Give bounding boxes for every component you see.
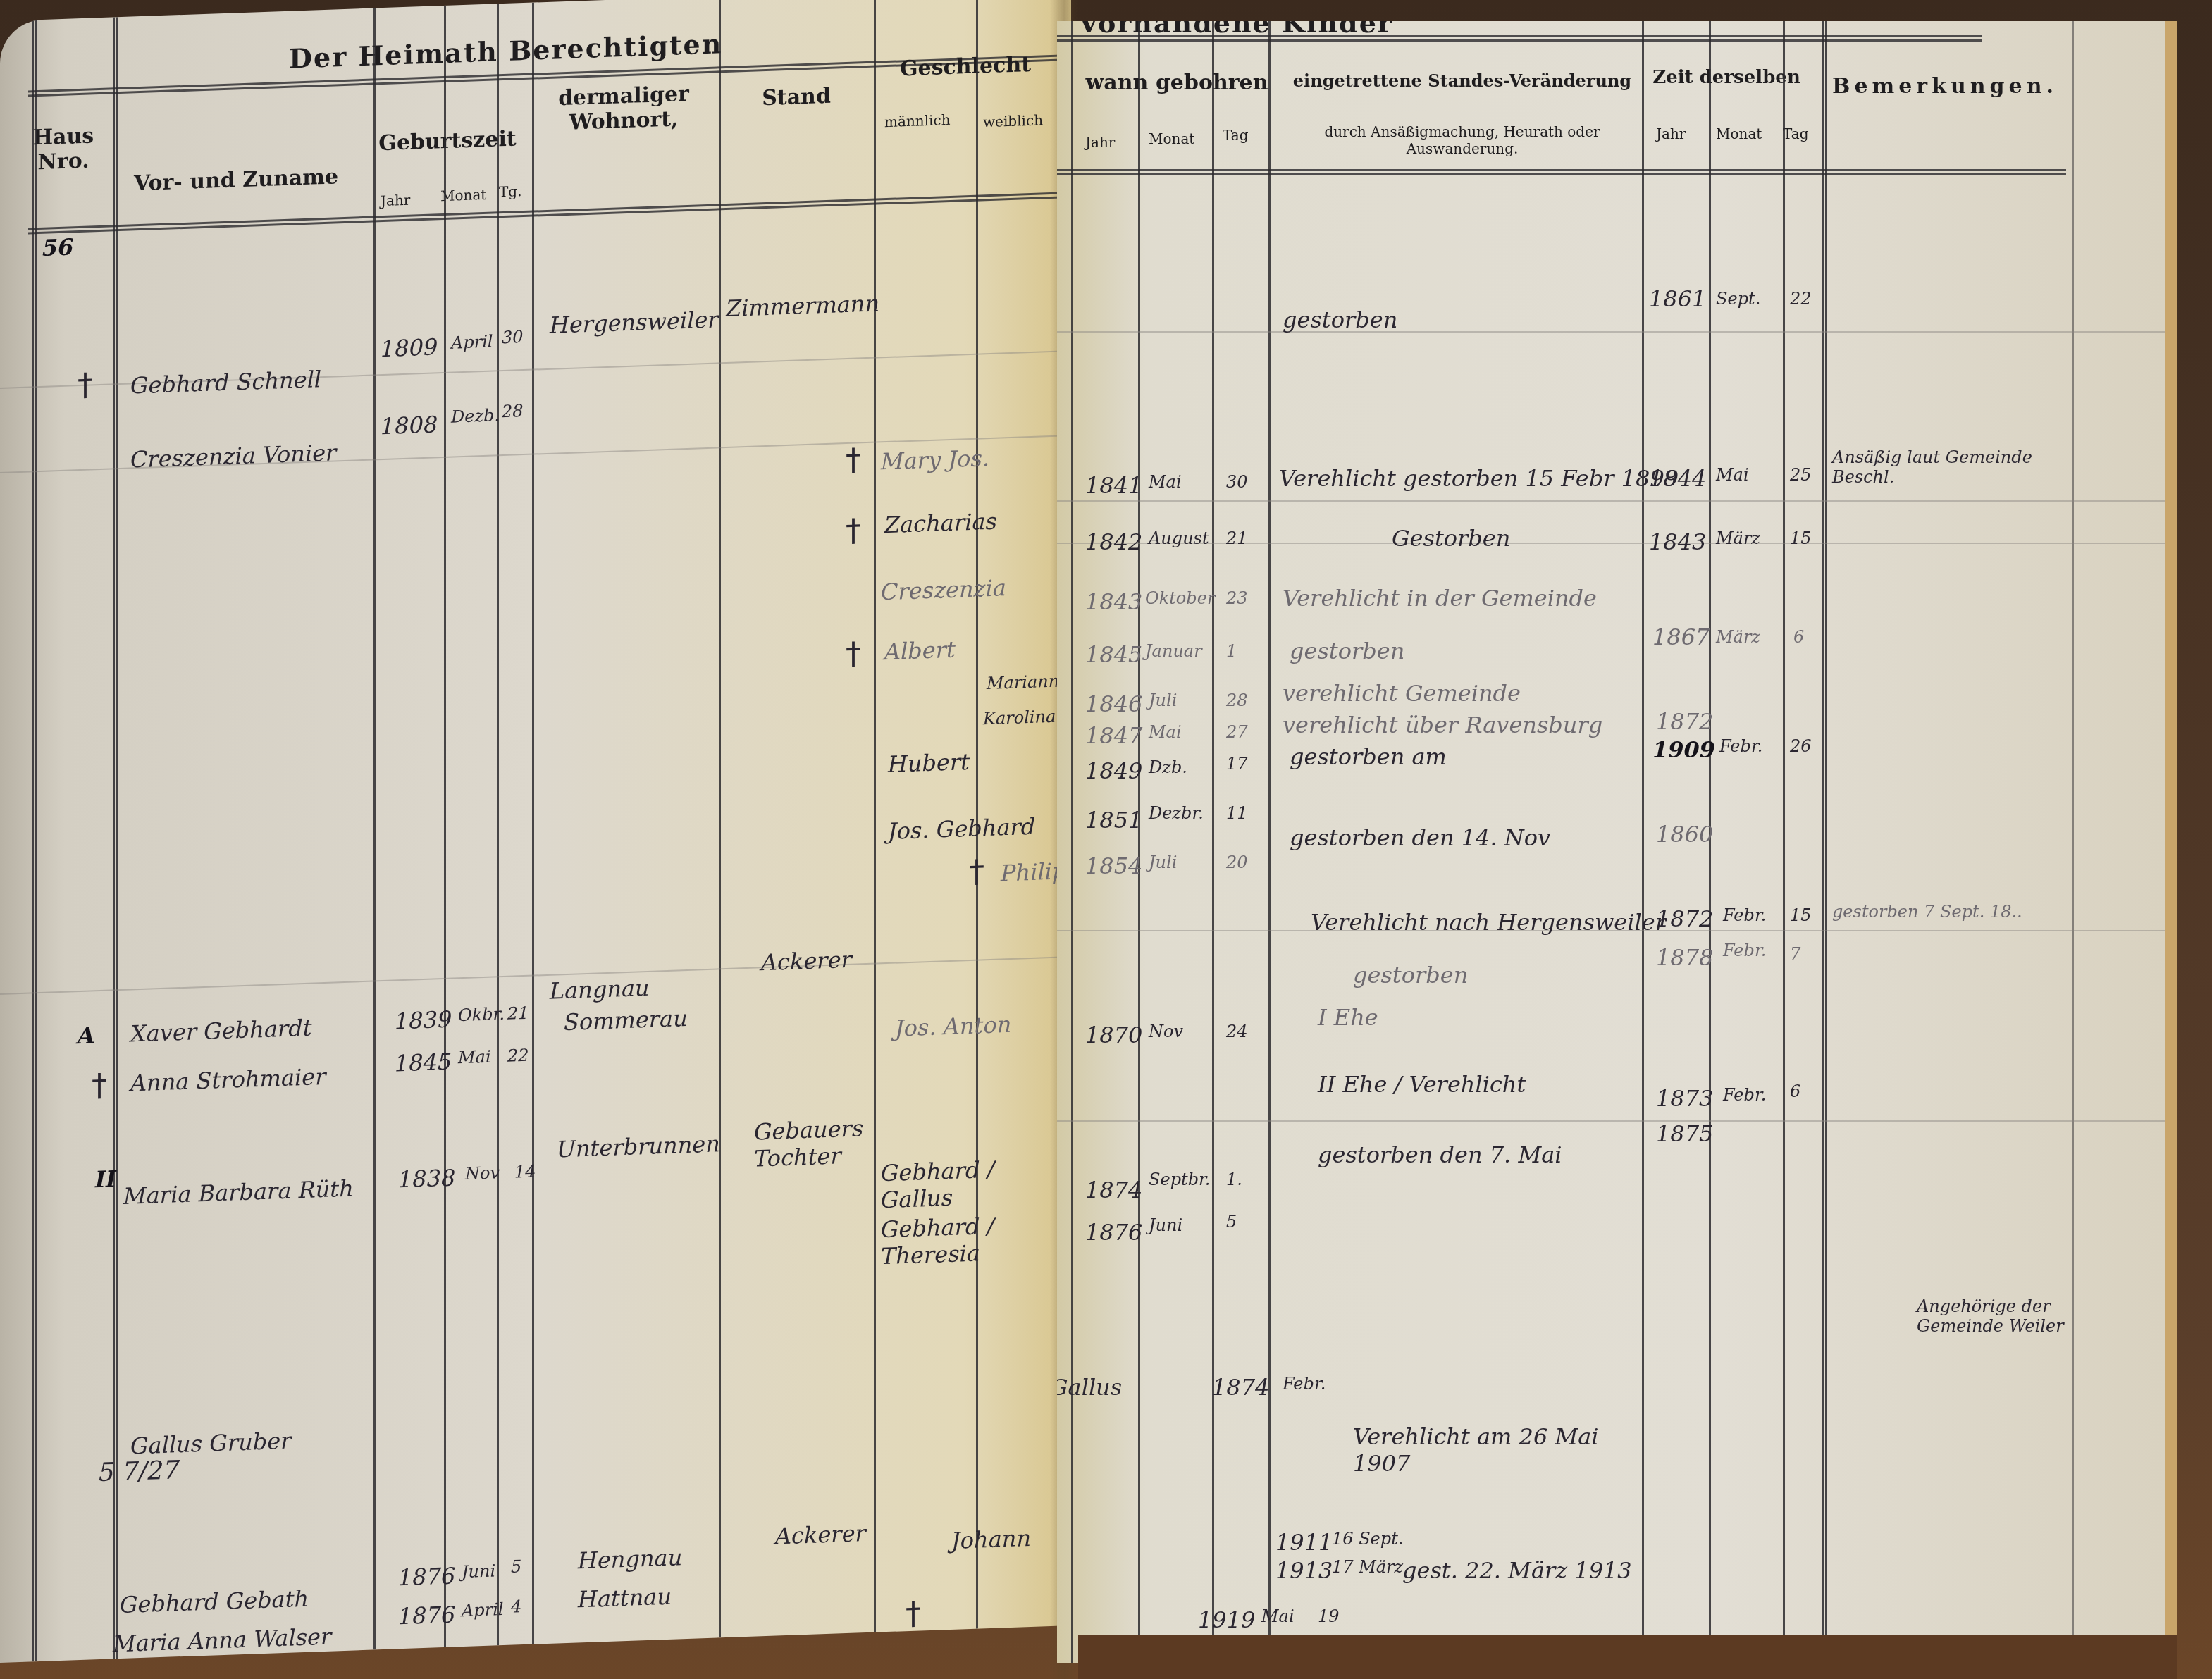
child-year: 1854 bbox=[1085, 853, 1142, 879]
change-day: 6 bbox=[1793, 627, 1804, 647]
parent-day: 28 bbox=[502, 401, 524, 421]
parent-month: Mai bbox=[458, 1047, 491, 1068]
child-name: Karolina bbox=[983, 707, 1056, 729]
marriage-mark: II bbox=[95, 1165, 116, 1193]
col-geschlecht: Geschlecht bbox=[881, 51, 1050, 82]
change-year: 1875 bbox=[1656, 1120, 1713, 1147]
change-year: 1844 bbox=[1649, 465, 1706, 492]
house-number-mark: 56 bbox=[42, 233, 74, 261]
col-zeit-jahr: Jahr bbox=[1656, 125, 1686, 142]
child-day: 20 bbox=[1226, 853, 1248, 872]
parent-year: 1876 bbox=[398, 1562, 455, 1591]
change-month: Mai bbox=[1716, 465, 1749, 485]
child-year: 1876 bbox=[1085, 1219, 1142, 1246]
child-year: 1919 bbox=[1198, 1606, 1255, 1633]
parent-year: 1838 bbox=[398, 1164, 455, 1193]
child-name: Creszenzia bbox=[881, 574, 1006, 605]
child-month: August bbox=[1149, 528, 1209, 548]
child-day: 21 bbox=[1226, 528, 1248, 548]
change-day: 25 bbox=[1790, 465, 1812, 485]
header-rule-top bbox=[1057, 35, 1982, 42]
death-cross-mark: † bbox=[846, 512, 861, 549]
parent-name: Maria Anna Walser bbox=[113, 1623, 331, 1658]
child-year: 1851 bbox=[1085, 807, 1142, 834]
rule-after-zeit-monat bbox=[1783, 21, 1785, 1663]
parent-name: Gallus Gruber bbox=[130, 1427, 292, 1460]
rule-right-start bbox=[1071, 21, 1073, 1663]
parent-stand: Gebauers Tochter bbox=[754, 1115, 874, 1172]
status-change: gestorben am bbox=[1290, 743, 1447, 770]
child-day: 24 bbox=[1226, 1022, 1248, 1041]
remark: Ansäßig laut Gemeinde Beschl. bbox=[1832, 447, 2058, 487]
rule-after-stand bbox=[874, 0, 876, 1632]
col-geboren: wann gebohren bbox=[1078, 70, 1275, 95]
child-month: 16 Sept. bbox=[1332, 1529, 1403, 1549]
death-cross-mark: † bbox=[78, 366, 93, 403]
status-change: Gestorben bbox=[1392, 525, 1510, 552]
child-name: Mary Jos. bbox=[881, 445, 989, 475]
status-change: Verehlicht am 26 Mai 1907 bbox=[1353, 1423, 1635, 1477]
col-geboren-tag: Tag bbox=[1223, 127, 1249, 144]
change-day: 15 bbox=[1790, 905, 1812, 925]
change-year: 1873 bbox=[1656, 1085, 1713, 1112]
child-month: Juli bbox=[1149, 853, 1177, 872]
header-rule-bottom bbox=[28, 192, 1071, 235]
child-year: 1841 bbox=[1085, 472, 1142, 499]
row-line bbox=[0, 956, 1071, 995]
child-month: Mai bbox=[1149, 722, 1182, 742]
child-year: 1849 bbox=[1085, 757, 1142, 784]
row-line bbox=[1057, 331, 2165, 333]
col-veraenderung-sub: durch Ansäßigmachung, Heurath oder Auswa… bbox=[1297, 123, 1628, 157]
col-geburt-jahr: Jahr bbox=[381, 192, 410, 209]
parent-name: Gebhard Schnell bbox=[130, 366, 321, 399]
parent-stand: Ackerer bbox=[761, 946, 852, 977]
change-month: März bbox=[1716, 528, 1760, 548]
child-day: 5 bbox=[1226, 1212, 1237, 1232]
row-line bbox=[1057, 1120, 2165, 1122]
rule-after-tag bbox=[532, 3, 534, 1644]
parent-wohnort: Hergensweiler bbox=[550, 306, 719, 338]
child-day: 17 bbox=[1226, 754, 1248, 774]
change-year: 1860 bbox=[1656, 821, 1713, 848]
remark: gestorben 7 Sept. 18.. bbox=[1832, 902, 2022, 922]
rule-after-veraenderung bbox=[1642, 21, 1644, 1663]
parent-wohnort: Unterbrunnen bbox=[557, 1130, 720, 1163]
change-year: 1909 bbox=[1652, 736, 1715, 763]
change-month: März bbox=[1716, 627, 1760, 647]
rule-after-monat bbox=[497, 4, 499, 1645]
parent-name: Gebhard Gebath bbox=[120, 1585, 309, 1618]
parent-name: Creszenzia Vonier bbox=[130, 439, 336, 473]
col-zeit-tag: Tag bbox=[1783, 125, 1809, 142]
parent-year: 1809 bbox=[381, 333, 438, 362]
change-day: 22 bbox=[1790, 289, 1812, 309]
child-month: Oktober bbox=[1145, 588, 1215, 608]
col-geboren-monat: Monat bbox=[1149, 130, 1194, 147]
child-name: Hubert bbox=[888, 748, 970, 778]
status-change: I Ehe bbox=[1318, 1004, 1378, 1031]
change-month: Febr. bbox=[1719, 736, 1762, 756]
change-month: Febr. bbox=[1723, 905, 1766, 925]
child-name: Jos. Anton bbox=[895, 1011, 1011, 1042]
change-year: 1872 bbox=[1656, 708, 1713, 735]
child-day: 1. bbox=[1226, 1170, 1242, 1189]
parent-day: 30 bbox=[502, 327, 524, 347]
child-day: 19 bbox=[1318, 1606, 1340, 1626]
child-year: 1846 bbox=[1085, 690, 1142, 717]
parent-month: Dezb. bbox=[451, 405, 500, 426]
rule-after-haus bbox=[113, 17, 118, 1659]
col-maennlich: männlich bbox=[884, 111, 951, 130]
child-name: Johann bbox=[951, 1524, 1057, 1554]
section-title-heimath: Der Heimath Berechtigten bbox=[289, 27, 722, 74]
col-zeit-monat: Monat bbox=[1716, 125, 1762, 142]
remark: Angehörige der Gemeinde Weiler bbox=[1917, 1296, 2072, 1336]
parent-month: Okbr. bbox=[458, 1004, 505, 1025]
rule-after-jahr bbox=[1138, 21, 1140, 1663]
status-change: verehlicht Gemeinde bbox=[1283, 680, 1521, 707]
change-month: Sept. bbox=[1716, 289, 1760, 309]
death-cross-mark: † bbox=[92, 1067, 107, 1104]
child-month: Dzb. bbox=[1149, 757, 1187, 777]
parent-day: 4 bbox=[511, 1597, 521, 1617]
parent-month: Juni bbox=[462, 1561, 495, 1582]
right-page: Vorhandene Kinder wann gebohren Jahr Mon… bbox=[1057, 21, 2177, 1663]
parent-year: 1839 bbox=[395, 1006, 452, 1035]
rule-after-monat bbox=[1212, 21, 1214, 1663]
status-change: Verehlicht gestorben 15 Febr 1899 bbox=[1279, 465, 1679, 492]
col-weiblich: weiblich bbox=[983, 111, 1043, 130]
parent-month: April bbox=[462, 1599, 504, 1621]
parent-name: Maria Barbara Rüth bbox=[123, 1175, 363, 1210]
child-name: Zacharias bbox=[884, 508, 997, 539]
row-line bbox=[1057, 543, 2165, 544]
status-change: gestorben den 7. Mai bbox=[1318, 1141, 1562, 1168]
death-cross-mark: † bbox=[846, 442, 861, 478]
child-month: Januar bbox=[1145, 641, 1202, 661]
child-month: Febr. bbox=[1283, 1374, 1326, 1394]
child-month: 17 März bbox=[1332, 1557, 1403, 1577]
child-year: 1911 bbox=[1275, 1529, 1333, 1556]
parent-day: 5 bbox=[511, 1556, 521, 1577]
parent-wohnort: Hengnau bbox=[578, 1544, 682, 1574]
child-name: Gebhard / Gallus bbox=[881, 1154, 1050, 1213]
status-change: gestorben bbox=[1353, 962, 1468, 989]
parent-month: April bbox=[451, 332, 493, 353]
marriage-mark: A bbox=[78, 1022, 95, 1049]
child-name: Gallus bbox=[1057, 1374, 1122, 1401]
change-day: 6 bbox=[1790, 1082, 1800, 1101]
child-day: 30 bbox=[1226, 472, 1248, 492]
change-month: Febr. bbox=[1723, 941, 1766, 960]
status-change: II Ehe / Verehlicht bbox=[1318, 1071, 1526, 1098]
col-geburt-tag: Tg. bbox=[499, 182, 522, 200]
parent-month: Nov bbox=[465, 1163, 500, 1184]
status-change: gestorben bbox=[1283, 306, 1397, 333]
col-name: Vor- und Zuname bbox=[120, 164, 352, 197]
col-geburtszeit: Geburtszeit bbox=[366, 126, 529, 156]
child-year: 1874 bbox=[1085, 1177, 1142, 1203]
parent-day: 21 bbox=[507, 1003, 529, 1024]
row-line bbox=[1057, 500, 2165, 502]
death-cross-mark: † bbox=[969, 853, 984, 890]
rule-after-jahr bbox=[444, 6, 446, 1647]
rule-after-name bbox=[373, 8, 376, 1649]
child-month: Juni bbox=[1149, 1215, 1182, 1235]
rule-before-bemerkungen bbox=[1822, 21, 1827, 1663]
child-year: 1913 bbox=[1275, 1557, 1333, 1584]
child-year: 1842 bbox=[1085, 528, 1142, 555]
child-year: 1874 bbox=[1212, 1374, 1269, 1401]
col-wohnort: dermaliger Wohnort, bbox=[543, 81, 705, 136]
change-year: 1872 bbox=[1656, 905, 1713, 932]
child-day: 23 bbox=[1226, 588, 1248, 608]
rule-after-tag bbox=[1268, 21, 1271, 1663]
child-month: Mai bbox=[1261, 1606, 1295, 1626]
child-month: Septbr. bbox=[1149, 1170, 1210, 1189]
change-day: 26 bbox=[1790, 736, 1812, 756]
col-bemerkungen: Bemerkungen. bbox=[1825, 74, 2065, 99]
child-day: 1 bbox=[1226, 641, 1237, 661]
col-veraenderung: eingetrettene Standes-Veränderung bbox=[1290, 70, 1635, 91]
parent-day: 22 bbox=[507, 1046, 529, 1066]
death-cross-mark: † bbox=[846, 636, 861, 672]
change-month: Febr. bbox=[1723, 1085, 1766, 1105]
parent-stand: Zimmermann bbox=[726, 290, 879, 322]
change-year: 1878 bbox=[1656, 944, 1713, 971]
status-change: gest. 22. März 1913 bbox=[1402, 1557, 1632, 1584]
child-month: Juli bbox=[1149, 690, 1177, 710]
death-cross-mark: † bbox=[906, 1595, 921, 1632]
left-page: Der Heimath Berechtigten Haus Nro. Vor- … bbox=[0, 0, 1071, 1663]
status-change: Verehlicht in der Gemeinde bbox=[1283, 585, 1597, 612]
child-name: Jos. Gebhard bbox=[888, 813, 1035, 845]
status-change: gestorben bbox=[1290, 638, 1404, 664]
parent-name: Anna Strohmaier bbox=[130, 1063, 326, 1097]
header-rule-bottom bbox=[1057, 169, 2066, 175]
child-month: Dezbr. bbox=[1149, 803, 1204, 823]
status-change: gestorben den 14. Nov bbox=[1290, 824, 1550, 851]
child-name: Gebhard / Theresia bbox=[881, 1210, 1050, 1270]
child-year: 1845 bbox=[1085, 641, 1142, 668]
child-day: 27 bbox=[1226, 722, 1248, 742]
child-year: 1847 bbox=[1085, 722, 1142, 749]
col-geboren-jahr: Jahr bbox=[1085, 134, 1115, 151]
child-name: Albert bbox=[884, 636, 956, 666]
parent-wohnort: Sommerau bbox=[564, 1005, 688, 1036]
status-change: Verehlicht nach Hergensweiler bbox=[1311, 909, 1666, 936]
parent-year: 1808 bbox=[381, 411, 438, 440]
change-day: 7 bbox=[1790, 944, 1800, 964]
child-year: 1843 bbox=[1085, 588, 1142, 615]
parent-year: 1876 bbox=[398, 1601, 455, 1630]
rule-left-edge bbox=[32, 20, 37, 1661]
child-month: Mai bbox=[1149, 472, 1182, 492]
child-year: 1870 bbox=[1085, 1022, 1142, 1048]
status-change: verehlicht über Ravensburg bbox=[1283, 712, 1602, 738]
col-geburt-monat: Monat bbox=[440, 186, 486, 204]
child-day: 28 bbox=[1226, 690, 1248, 710]
parent-day: 14 bbox=[514, 1161, 536, 1182]
change-year: 1843 bbox=[1649, 528, 1706, 555]
parent-wohnort: Hattnau bbox=[578, 1583, 672, 1613]
col-zeit: Zeit derselben bbox=[1642, 67, 1811, 88]
rule-after-wohnort bbox=[719, 0, 721, 1637]
rule-right-edge bbox=[2072, 21, 2074, 1663]
child-day: 11 bbox=[1226, 803, 1248, 823]
change-year: 1867 bbox=[1652, 624, 1710, 650]
parent-stand: Ackerer bbox=[775, 1520, 866, 1550]
col-stand: Stand bbox=[726, 82, 867, 112]
book-bottom-edge bbox=[1078, 1635, 2177, 1679]
parent-name: Xaver Gebhardt bbox=[130, 1015, 312, 1048]
parent-wohnort: Langnau bbox=[550, 974, 650, 1005]
parent-year: 1845 bbox=[395, 1048, 452, 1077]
change-year: 1861 bbox=[1649, 285, 1706, 312]
child-month: Nov bbox=[1149, 1022, 1183, 1041]
change-day: 15 bbox=[1790, 528, 1812, 548]
house-number-mark-2: 5 7/27 bbox=[99, 1456, 180, 1487]
